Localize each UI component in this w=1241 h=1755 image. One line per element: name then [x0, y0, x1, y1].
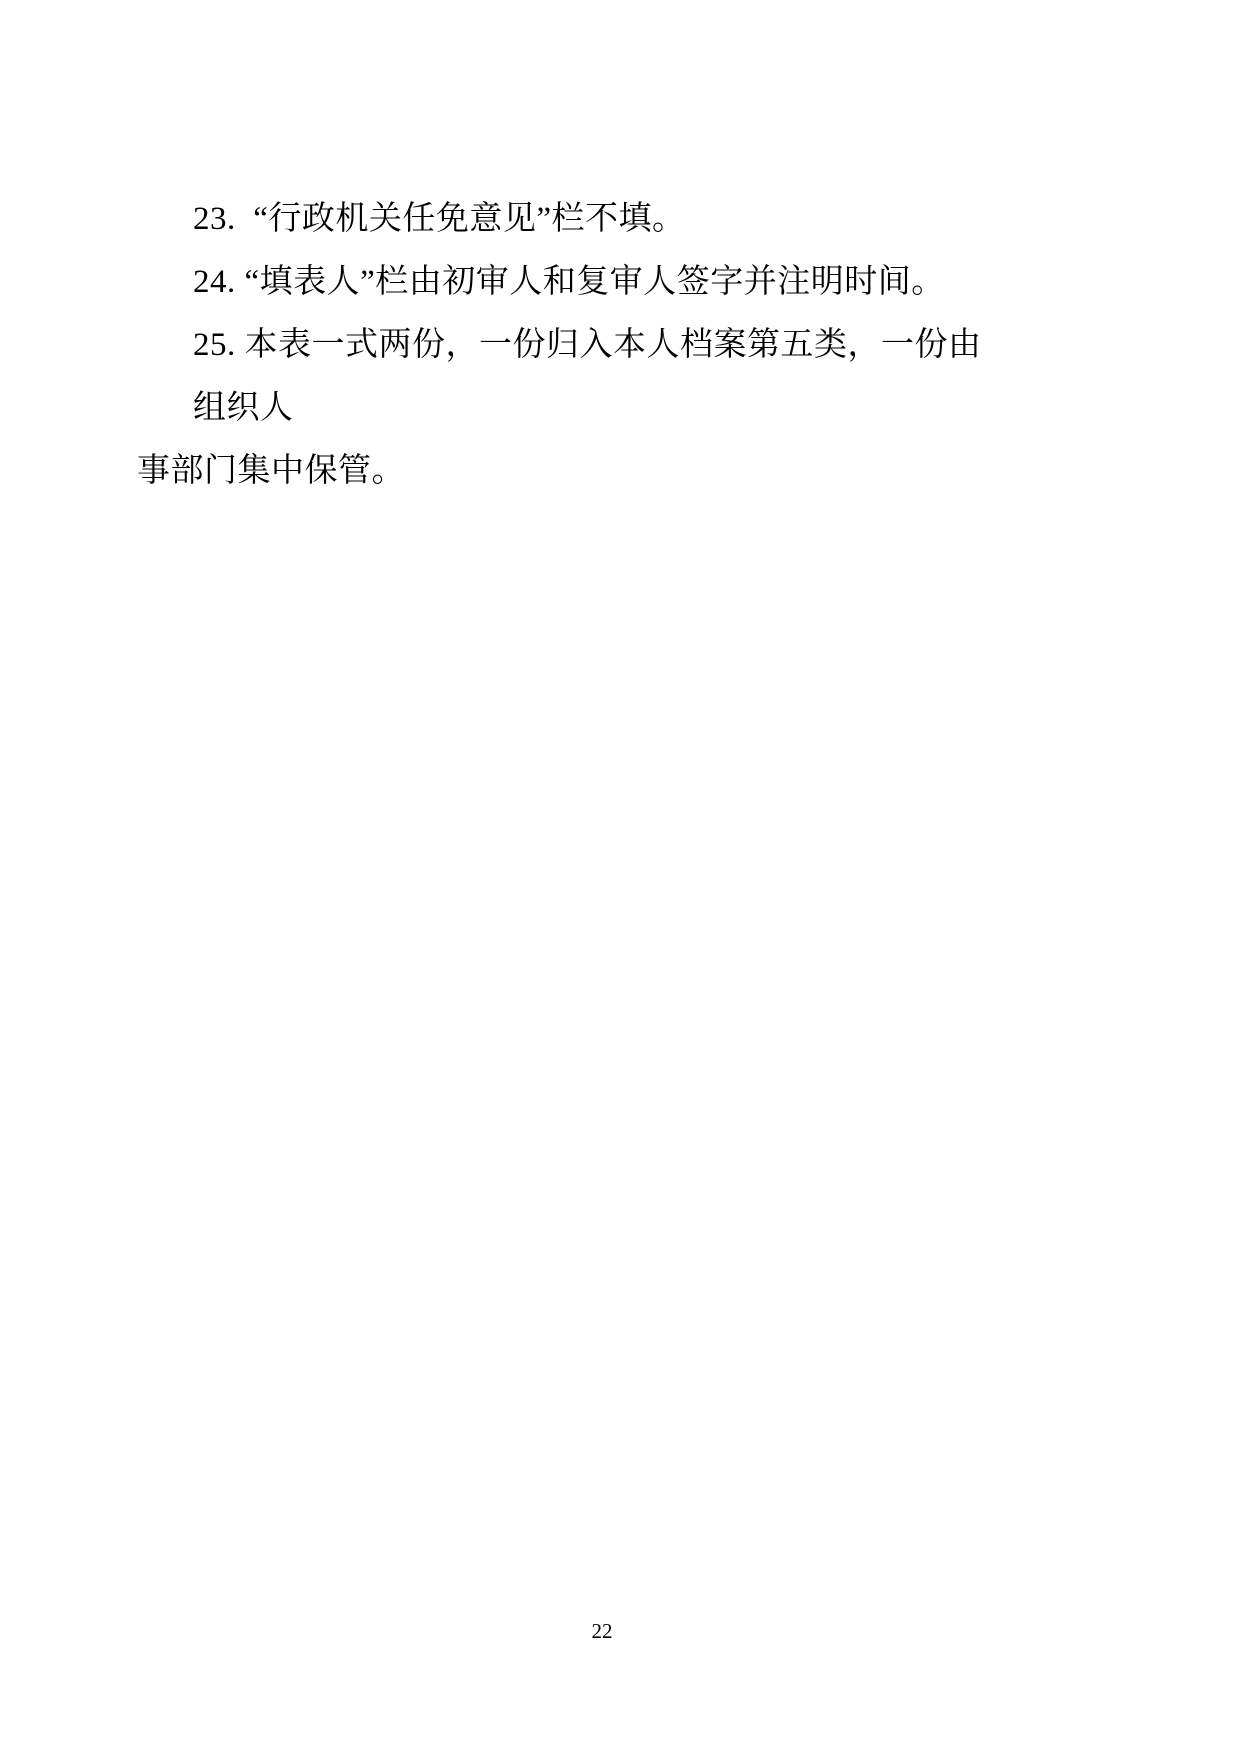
paragraph-item-23: 23. “行政机关任免意见”栏不填。	[137, 188, 1007, 251]
page-number: 22	[0, 1618, 1204, 1644]
paragraph-item-25-line-2: 事部门集中保管。	[137, 440, 1007, 503]
document-page: 23. “行政机关任免意见”栏不填。 24. “填表人”栏由初审人和复审人签字并…	[0, 0, 1241, 1755]
document-body: 23. “行政机关任免意见”栏不填。 24. “填表人”栏由初审人和复审人签字并…	[137, 188, 1007, 503]
paragraph-item-25-line-1: 25. 本表一式两份，一份归入本人档案第五类，一份由组织人	[137, 314, 1007, 440]
paragraph-item-24: 24. “填表人”栏由初审人和复审人签字并注明时间。	[137, 251, 1007, 314]
